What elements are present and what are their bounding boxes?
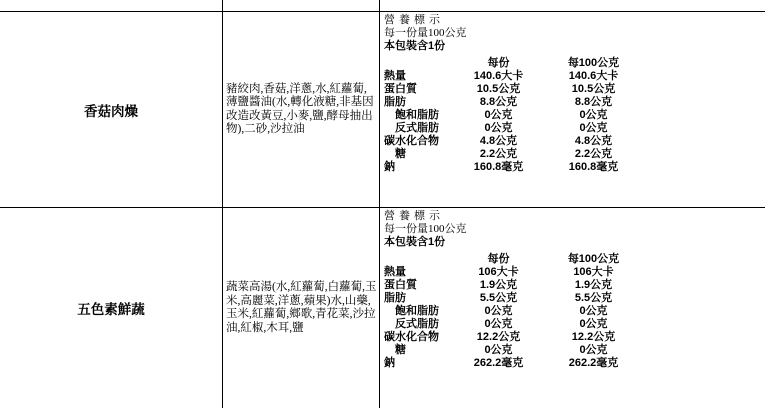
- nutrient-label: 飽和脂肪: [384, 109, 456, 122]
- nutrient-per-serving: 0公克: [456, 109, 541, 122]
- col-header-per-100g: 每100公克: [541, 253, 646, 266]
- nutrient-label: 熱量: [384, 266, 456, 279]
- nutrition-table: 每份 每100公克 熱量 140.6大卡 140.6大卡 蛋白質 10.5公克 …: [384, 57, 765, 174]
- product-name-cell: 香菇肉燥: [0, 12, 223, 208]
- nutrient-per-100g: 0公克: [541, 122, 646, 135]
- nutrition-label-cell: 營養標示 每一份量100公克 本包裝含1份 每份 每100公克 熱量 106大卡…: [380, 208, 765, 408]
- nutrient-per-serving: 140.6大卡: [456, 70, 541, 83]
- serving-size: 每一份量100公克: [384, 223, 765, 236]
- nutrient-label: 鈉: [384, 161, 456, 174]
- nutrient-label: 飽和脂肪: [384, 305, 456, 318]
- nutrient-label: 反式脂肪: [384, 122, 456, 135]
- servings-per-pack: 本包裝含1份: [384, 236, 765, 249]
- product-name: 五色素鮮蔬: [77, 298, 145, 318]
- nutrient-per-serving: 2.2公克: [456, 148, 541, 161]
- nutrient-label: 脂肪: [384, 96, 456, 109]
- nutrient-per-100g: 0公克: [541, 305, 646, 318]
- col-header-per-serving: 每份: [456, 253, 541, 266]
- serving-size: 每一份量100公克: [384, 27, 765, 40]
- table-row-product-2: 五色素鮮蔬 蔬菜高湯(水,紅蘿蔔,白蘿蔔,玉米,高麗菜,洋蔥,蘋果)水,山藥,玉…: [0, 208, 765, 408]
- nutrition-title: 營養標示: [384, 14, 765, 27]
- nutrient-per-100g: 0公克: [541, 318, 646, 331]
- nutrient-per-serving: 4.8公克: [456, 135, 541, 148]
- product-name: 香菇肉燥: [84, 100, 138, 120]
- nutrient-label: 蛋白質: [384, 279, 456, 292]
- col-header-per-serving: 每份: [456, 57, 541, 70]
- nutrient-per-serving: 5.5公克: [456, 292, 541, 305]
- servings-per-pack: 本包裝含1份: [384, 40, 765, 53]
- nutrient-per-100g: 106大卡: [541, 266, 646, 279]
- nutrient-per-serving: 0公克: [456, 122, 541, 135]
- empty-nutrition-cell: [380, 0, 765, 12]
- empty-ingredients-cell: [223, 0, 380, 12]
- nutrient-per-serving: 1.9公克: [456, 279, 541, 292]
- nutrition-table: 每份 每100公克 熱量 106大卡 106大卡 蛋白質 1.9公克 1.9公克…: [384, 253, 765, 370]
- nutrient-per-serving: 10.5公克: [456, 83, 541, 96]
- nutrient-header-spacer: [384, 253, 456, 266]
- nutrient-per-serving: 12.2公克: [456, 331, 541, 344]
- nutrient-per-100g: 12.2公克: [541, 331, 646, 344]
- nutrient-per-100g: 140.6大卡: [541, 70, 646, 83]
- nutrient-per-100g: 5.5公克: [541, 292, 646, 305]
- col-header-per-100g: 每100公克: [541, 57, 646, 70]
- nutrient-per-100g: 2.2公克: [541, 148, 646, 161]
- nutrition-title: 營養標示: [384, 210, 765, 223]
- table-row-product-1: 香菇肉燥 豬絞肉,香菇,洋蔥,水,紅蘿蔔,薄鹽醬油(水,轉化液糖,非基因改造改黃…: [0, 12, 765, 208]
- nutrient-header-spacer: [384, 57, 456, 70]
- nutrient-per-serving: 0公克: [456, 344, 541, 357]
- nutrient-per-serving: 0公克: [456, 305, 541, 318]
- table-row-empty: [0, 0, 765, 12]
- nutrient-per-100g: 1.9公克: [541, 279, 646, 292]
- nutrient-per-serving: 262.2毫克: [456, 357, 541, 370]
- ingredients-text: 蔬菜高湯(水,紅蘿蔔,白蘿蔔,玉米,高麗菜,洋蔥,蘋果)水,山藥,玉米,紅蘿蔔,…: [226, 281, 377, 335]
- nutrient-label: 碳水化合物: [384, 331, 456, 344]
- ingredients-cell: 豬絞肉,香菇,洋蔥,水,紅蘿蔔,薄鹽醬油(水,轉化液糖,非基因改造改黃豆,小麥,…: [223, 12, 380, 208]
- nutrition-label-cell: 營養標示 每一份量100公克 本包裝含1份 每份 每100公克 熱量 140.6…: [380, 12, 765, 208]
- product-name-cell: 五色素鮮蔬: [0, 208, 223, 408]
- nutrient-label: 鈉: [384, 357, 456, 370]
- nutrient-per-serving: 160.8毫克: [456, 161, 541, 174]
- nutrient-per-serving: 0公克: [456, 318, 541, 331]
- nutrient-label: 碳水化合物: [384, 135, 456, 148]
- product-nutrition-table: 香菇肉燥 豬絞肉,香菇,洋蔥,水,紅蘿蔔,薄鹽醬油(水,轉化液糖,非基因改造改黃…: [0, 0, 765, 408]
- nutrient-per-serving: 106大卡: [456, 266, 541, 279]
- nutrient-per-100g: 160.8毫克: [541, 161, 646, 174]
- nutrient-label: 脂肪: [384, 292, 456, 305]
- empty-name-cell: [0, 0, 223, 12]
- nutrient-label: 糖: [384, 344, 456, 357]
- nutrient-label: 蛋白質: [384, 83, 456, 96]
- nutrient-per-serving: 8.8公克: [456, 96, 541, 109]
- nutrient-per-100g: 262.2毫克: [541, 357, 646, 370]
- nutrient-per-100g: 0公克: [541, 344, 646, 357]
- nutrient-per-100g: 8.8公克: [541, 96, 646, 109]
- nutrient-per-100g: 4.8公克: [541, 135, 646, 148]
- nutrient-label: 熱量: [384, 70, 456, 83]
- nutrient-per-100g: 10.5公克: [541, 83, 646, 96]
- ingredients-text: 豬絞肉,香菇,洋蔥,水,紅蘿蔔,薄鹽醬油(水,轉化液糖,非基因改造改黃豆,小麥,…: [226, 83, 377, 137]
- nutrient-label: 糖: [384, 148, 456, 161]
- ingredients-cell: 蔬菜高湯(水,紅蘿蔔,白蘿蔔,玉米,高麗菜,洋蔥,蘋果)水,山藥,玉米,紅蘿蔔,…: [223, 208, 380, 408]
- nutrient-label: 反式脂肪: [384, 318, 456, 331]
- nutrient-per-100g: 0公克: [541, 109, 646, 122]
